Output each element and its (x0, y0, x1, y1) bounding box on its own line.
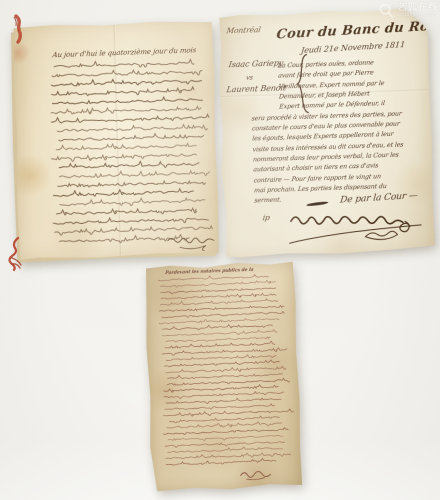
auction-photo-of-manuscripts: Au jour d'hui le quatorzième jour du moi… (0, 0, 440, 500)
order-body: La Cour, parties ouïes, ordonne avant fa… (218, 57, 435, 209)
site-watermark: 艺狐在线 artfoxlive.com (379, 3, 439, 20)
deed-signoff-flourish (238, 467, 272, 482)
court-signature-flourish (286, 203, 427, 252)
manuscript-bottom-wrap: Pardevant les notaires publics de la (143, 260, 303, 492)
magnifier-icon (379, 3, 394, 20)
court-title: Cour du Banc du Roi — (276, 18, 440, 43)
date-line: Jeudi 21e Novembre 1811 (301, 40, 406, 55)
clerk-initials: ip (262, 213, 271, 222)
watermark-text-block: 艺狐在线 artfoxlive.com (397, 3, 439, 18)
manuscript-left-page: Au jour d'hui le quatorzième jour du moi… (12, 19, 221, 261)
watermark-brand: 艺狐在线 (397, 3, 439, 13)
red-wax-seal-top (9, 14, 23, 44)
red-thread-binding-bottom (2, 236, 28, 272)
manuscript-left-wrap: Au jour d'hui le quatorzième jour du moi… (12, 19, 221, 261)
handwriting-lines-bottom (143, 260, 303, 492)
court-order-page: Montréal Cour du Banc du Roi — Jeudi 21e… (216, 7, 436, 259)
handwriting-lines-left (12, 19, 221, 261)
court-order-wrap: Montréal Cour du Banc du Roi — Jeudi 21e… (216, 7, 436, 259)
watermark-site-url: artfoxlive.com (397, 14, 439, 19)
place-label: Montréal (226, 25, 261, 35)
manuscript-bottom-page: Pardevant les notaires publics de la (143, 260, 303, 492)
notary-signoff-flourish (166, 233, 216, 252)
